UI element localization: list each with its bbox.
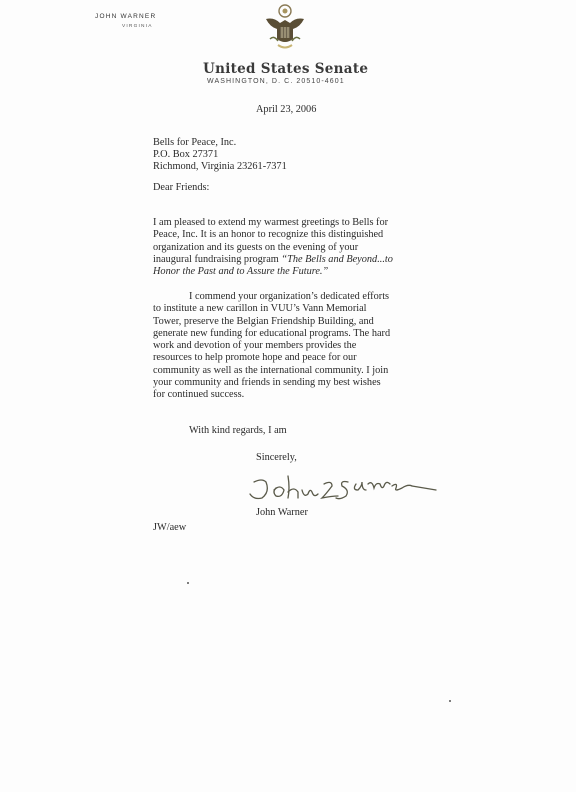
body-line: inaugural fundraising program “The Bells… bbox=[153, 254, 393, 266]
body-text: I commend your organization’s dedicated … bbox=[189, 291, 389, 302]
scan-speck bbox=[187, 582, 189, 584]
body-line: to institute a new carillon in VUU’s Van… bbox=[153, 303, 390, 315]
body-line: I commend your organization’s dedicated … bbox=[153, 291, 390, 303]
body-text: inaugural fundraising program bbox=[153, 254, 281, 265]
body-line: generate new funding for educational pro… bbox=[153, 328, 390, 340]
reference-initials: JW/aew bbox=[153, 522, 186, 533]
salutation: Dear Friends: bbox=[153, 182, 209, 193]
letter-page: JOHN WARNER VIRGINIA United States Senat… bbox=[0, 0, 576, 792]
letter-date: April 23, 2006 bbox=[256, 104, 316, 115]
program-title: “The Bells and Beyond...to bbox=[281, 254, 393, 265]
body-line: Honor the Past and to Assure the Future.… bbox=[153, 266, 393, 278]
signer-name: John Warner bbox=[256, 507, 308, 518]
scan-speck bbox=[449, 700, 451, 702]
body-line: Tower, preserve the Belgian Friendship B… bbox=[153, 316, 390, 328]
closing-line: With kind regards, I am bbox=[189, 425, 287, 436]
handwritten-signature bbox=[240, 470, 440, 506]
recipient-line: Bells for Peace, Inc. bbox=[153, 137, 287, 149]
program-title: Honor the Past and to Assure the Future.… bbox=[153, 266, 328, 277]
body-line: community as well as the international c… bbox=[153, 365, 390, 377]
body-line: organization and its guests on the eveni… bbox=[153, 242, 393, 254]
body-line: resources to help promote hope and peace… bbox=[153, 352, 390, 364]
paragraph-commendation: I commend your organization’s dedicated … bbox=[153, 291, 390, 402]
body-line: I am pleased to extend my warmest greeti… bbox=[153, 217, 393, 229]
recipient-address: Bells for Peace, Inc. P.O. Box 27371 Ric… bbox=[153, 137, 287, 174]
great-seal-icon bbox=[262, 3, 308, 53]
paragraph-greeting: I am pleased to extend my warmest greeti… bbox=[153, 217, 393, 278]
body-line: your community and friends in sending my… bbox=[153, 377, 390, 389]
body-line: work and devotion of your members provid… bbox=[153, 340, 390, 352]
body-line: Peace, Inc. It is an honor to recognize … bbox=[153, 229, 393, 241]
recipient-line: P.O. Box 27371 bbox=[153, 149, 287, 161]
sender-state: VIRGINIA bbox=[122, 24, 153, 29]
recipient-line: Richmond, Virginia 23261-7371 bbox=[153, 161, 287, 173]
sign-off: Sincerely, bbox=[256, 452, 297, 463]
body-line: for continued success. bbox=[153, 389, 390, 401]
institution-name: United States Senate bbox=[203, 61, 368, 77]
institution-address: WASHINGTON, D. C. 20510-4601 bbox=[207, 78, 345, 85]
sender-name: JOHN WARNER bbox=[95, 13, 156, 20]
